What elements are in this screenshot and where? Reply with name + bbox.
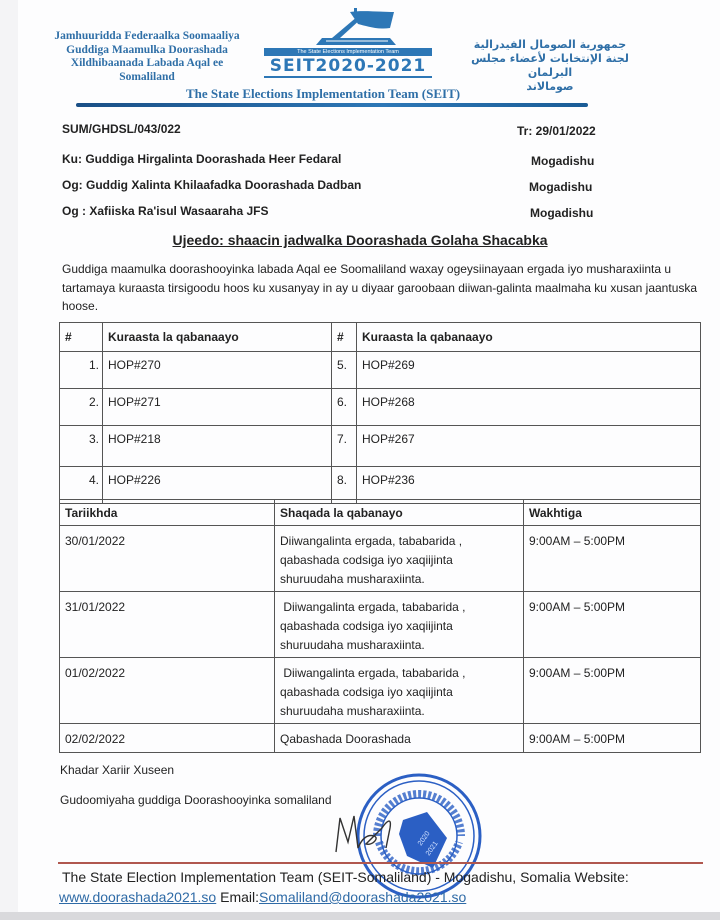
row-number: 2. (60, 389, 103, 426)
row-number: 6. (332, 389, 357, 426)
header-line: Xildhibaanada Labada Aqal ee (42, 57, 252, 71)
table-header-row: Tariikhda Shaqada la qabanayo Wakhtiga (60, 500, 701, 526)
table-row: 2. HOP#271 6. HOP#268 (60, 389, 701, 426)
signatory-title: Gudoomiyaha guddiga Doorashooyinka somal… (60, 793, 332, 807)
row-number: 1. (60, 352, 103, 389)
task-line: shuruudaha musharaxiinta. (280, 570, 518, 589)
header-line: Guddiga Maamulka Doorashada (42, 44, 252, 58)
ballot-box-hand-icon (262, 8, 434, 50)
logo-underline (264, 76, 432, 78)
recipient-cc: Og: Guddig Xalinta Khilaafadka Doorashad… (62, 178, 361, 192)
header-line: لجنة الإنتخابات لأعضاء مجلس البرلمان (450, 52, 650, 80)
subject-heading: Ujeedo: shaacin jadwalka Doorashada Gola… (0, 232, 720, 248)
column-header: Kuraasta la qabanaayo (103, 323, 332, 352)
seat-id: HOP#226 (103, 467, 332, 504)
header-line: Somaliland (42, 71, 252, 85)
footer-contact: www.doorashada2021.so Email:Somaliland@d… (59, 889, 466, 905)
schedule-time: 9:00AM – 5:00PM (524, 592, 701, 658)
email-label: Email: (216, 889, 259, 905)
header-line: صومالاند (450, 80, 650, 94)
seat-id: HOP#270 (103, 352, 332, 389)
seat-id: HOP#236 (357, 467, 701, 504)
recipient-location: Mogadishu (529, 180, 592, 194)
row-number: 4. (60, 467, 103, 504)
letter-date: Tr: 29/01/2022 (517, 124, 596, 138)
seat-id: HOP#218 (103, 426, 332, 467)
column-header: Shaqada la qabanayo (275, 500, 524, 526)
table-row: 01/02/2022 Diiwangalinta ergada, tababar… (60, 658, 701, 724)
table-header-row: # Kuraasta la qabanaayo # Kuraasta la qa… (60, 323, 701, 352)
signatory-name: Khadar Xariir Xuseen (60, 763, 174, 777)
table-row: 02/02/2022 Qabashada Doorashada 9:00AM –… (60, 724, 701, 753)
schedule-time: 9:00AM – 5:00PM (524, 526, 701, 592)
task-line: Diiwangalinta ergada, tababarida , (280, 532, 518, 551)
recipient-cc: Og : Xafiiska Ra'isul Wasaaraha JFS (62, 204, 269, 218)
column-header: Tariikhda (60, 500, 275, 526)
footer-divider (58, 862, 703, 864)
seat-id: HOP#267 (357, 426, 701, 467)
schedule-table: Tariikhda Shaqada la qabanayo Wakhtiga 3… (59, 499, 701, 753)
header-divider (76, 103, 588, 107)
row-number: 5. (332, 352, 357, 389)
task-line: qabashada codsiga iyo xaqiijinta (280, 617, 518, 636)
body-paragraph: Guddiga maamulka doorashooyinka labada A… (62, 260, 702, 316)
footer-address: The State Election Implementation Team (… (62, 869, 629, 885)
table-row: 1. HOP#270 5. HOP#269 (60, 352, 701, 389)
table-row: 31/01/2022 Diiwangalinta ergada, tababar… (60, 592, 701, 658)
row-number: 8. (332, 467, 357, 504)
table-row: 4. HOP#226 8. HOP#236 (60, 467, 701, 504)
schedule-task: Diiwangalinta ergada, tababarida , qabas… (275, 658, 524, 724)
row-number: 7. (332, 426, 357, 467)
column-header: Wakhtiga (524, 500, 701, 526)
task-line: qabashada codsiga iyo xaqiijinta (280, 551, 518, 570)
schedule-task: Diiwangalinta ergada, tababarida , qabas… (275, 526, 524, 592)
team-title: The State Elections Implementation Team … (186, 86, 460, 102)
seit-logo: The State Elections Implementation Team … (262, 8, 434, 78)
header-arabic-title: جمهورية الصومال الفيدرالية لجنة الإنتخاب… (450, 38, 650, 94)
logo-band-text: The State Elections Implementation Team (264, 48, 432, 56)
email-link[interactable]: Somaliland@doorashada2021.so (259, 889, 466, 905)
task-line: qabashada codsiga iyo xaqiijinta (280, 683, 518, 702)
reference-number: SUM/GHDSL/043/022 (62, 122, 181, 136)
header-line: جمهورية الصومال الفيدرالية (450, 38, 650, 52)
seats-table: # Kuraasta la qabanaayo # Kuraasta la qa… (59, 322, 701, 504)
task-line: Qabashada Doorashada (280, 730, 518, 749)
page-bottom-edge (0, 912, 720, 920)
seat-id: HOP#268 (357, 389, 701, 426)
schedule-time: 9:00AM – 5:00PM (524, 658, 701, 724)
task-line: shuruudaha musharaxiinta. (280, 702, 518, 721)
table-row: 3. HOP#218 7. HOP#267 (60, 426, 701, 467)
header-somali-title: Jamhuuridda Federaalka Soomaaliya Guddig… (42, 30, 252, 84)
recipient-to: Ku: Guddiga Hirgalinta Doorashada Heer F… (62, 152, 341, 166)
column-header: Kuraasta la qabanaayo (357, 323, 701, 352)
task-line: Diiwangalinta ergada, tababarida , (280, 664, 518, 683)
column-header: # (332, 323, 357, 352)
table-row: 30/01/2022 Diiwangalinta ergada, tababar… (60, 526, 701, 592)
schedule-task: Diiwangalinta ergada, tababarida , qabas… (275, 592, 524, 658)
logo-text: SEIT2020-2021 (262, 56, 434, 76)
seat-id: HOP#271 (103, 389, 332, 426)
schedule-date: 31/01/2022 (60, 592, 275, 658)
header-line: Jamhuuridda Federaalka Soomaaliya (42, 30, 252, 44)
schedule-date: 01/02/2022 (60, 658, 275, 724)
signature-icon (332, 808, 402, 858)
schedule-task: Qabashada Doorashada (275, 724, 524, 753)
recipient-location: Mogadishu (531, 154, 594, 168)
seat-id: HOP#269 (357, 352, 701, 389)
website-link[interactable]: www.doorashada2021.so (59, 889, 216, 905)
schedule-time: 9:00AM – 5:00PM (524, 724, 701, 753)
schedule-date: 30/01/2022 (60, 526, 275, 592)
row-number: 3. (60, 426, 103, 467)
task-line: Diiwangalinta ergada, tababarida , (280, 598, 518, 617)
task-line: shuruudaha musharaxiinta. (280, 636, 518, 655)
recipient-location: Mogadishu (530, 206, 593, 220)
column-header: # (60, 323, 103, 352)
schedule-date: 02/02/2022 (60, 724, 275, 753)
